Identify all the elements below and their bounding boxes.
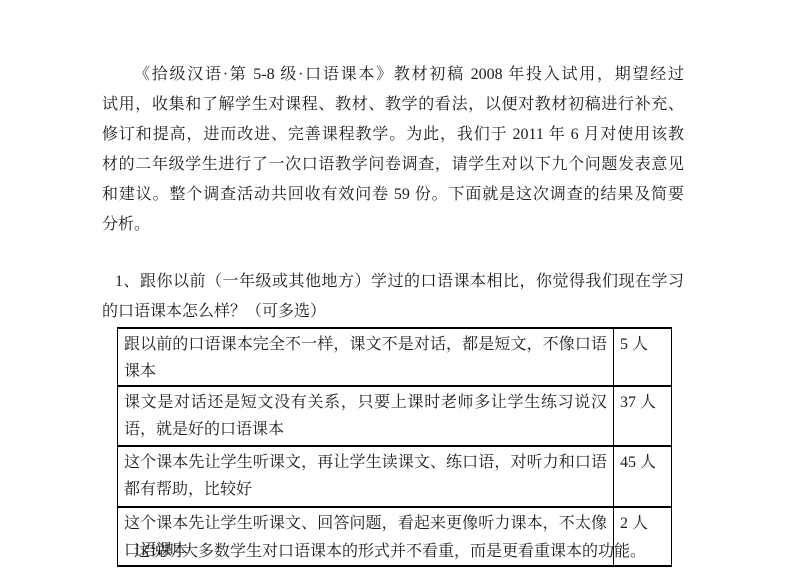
intro-line: 和建议。整个调查活动共回收有效问卷 59 份。下面就是这次调查的结果及简要: [102, 180, 684, 210]
intro-line: 修订和提高，进而改进、完善课程教学。为此，我们于 2011 年 6 月对使用该教: [102, 120, 684, 150]
table-row: 跟以前的口语课本完全不一样，课文不是对话，都是短文，不像口语课本 5 人: [118, 328, 672, 386]
survey-table: 跟以前的口语课本完全不一样，课文不是对话，都是短文，不像口语课本 5 人 课文是…: [117, 327, 672, 567]
intro-paragraph: 《拾级汉语·第 5-8 级·口语课本》教材初稿 2008 年投入试用，期望经过 …: [102, 60, 684, 240]
count-cell: 5 人: [614, 328, 672, 386]
document-page: 《拾级汉语·第 5-8 级·口语课本》教材初稿 2008 年投入试用，期望经过 …: [0, 0, 785, 580]
option-text-cell: 这个课本先让学生听课文，再让学生读课文、练口语，对听力和口语都有帮助，比较好: [118, 446, 614, 507]
analysis-note: 这说明大多数学生对口语课本的形式并不看重，而是更看重课本的功能。: [102, 537, 684, 567]
question-1: 1、跟你以前（一年级或其他地方）学过的口语课本相比，你觉得我们现在学习 的口语课…: [102, 267, 684, 327]
count-cell: 37 人: [614, 386, 672, 446]
intro-line: 《拾级汉语·第 5-8 级·口语课本》教材初稿 2008 年投入试用，期望经过: [102, 60, 684, 90]
intro-line: 试用，收集和了解学生对课程、教材、教学的看法，以便对教材初稿进行补充、: [102, 90, 684, 120]
option-text-cell: 跟以前的口语课本完全不一样，课文不是对话，都是短文，不像口语课本: [118, 328, 614, 386]
table-row: 课文是对话还是短文没有关系，只要上课时老师多让学生练习说汉语，就是好的口语课本 …: [118, 386, 672, 446]
table-row: 这个课本先让学生听课文，再让学生读课文、练口语，对听力和口语都有帮助，比较好 4…: [118, 446, 672, 507]
question-line: 的口语课本怎么样？（可多选）: [102, 297, 684, 327]
option-text-cell: 课文是对话还是短文没有关系，只要上课时老师多让学生练习说汉语，就是好的口语课本: [118, 386, 614, 446]
intro-line: 材的二年级学生进行了一次口语教学问卷调查，请学生对以下九个问题发表意见: [102, 150, 684, 180]
count-cell: 45 人: [614, 446, 672, 507]
question-line: 1、跟你以前（一年级或其他地方）学过的口语课本相比，你觉得我们现在学习: [102, 267, 684, 297]
intro-line: 分析。: [102, 210, 684, 240]
